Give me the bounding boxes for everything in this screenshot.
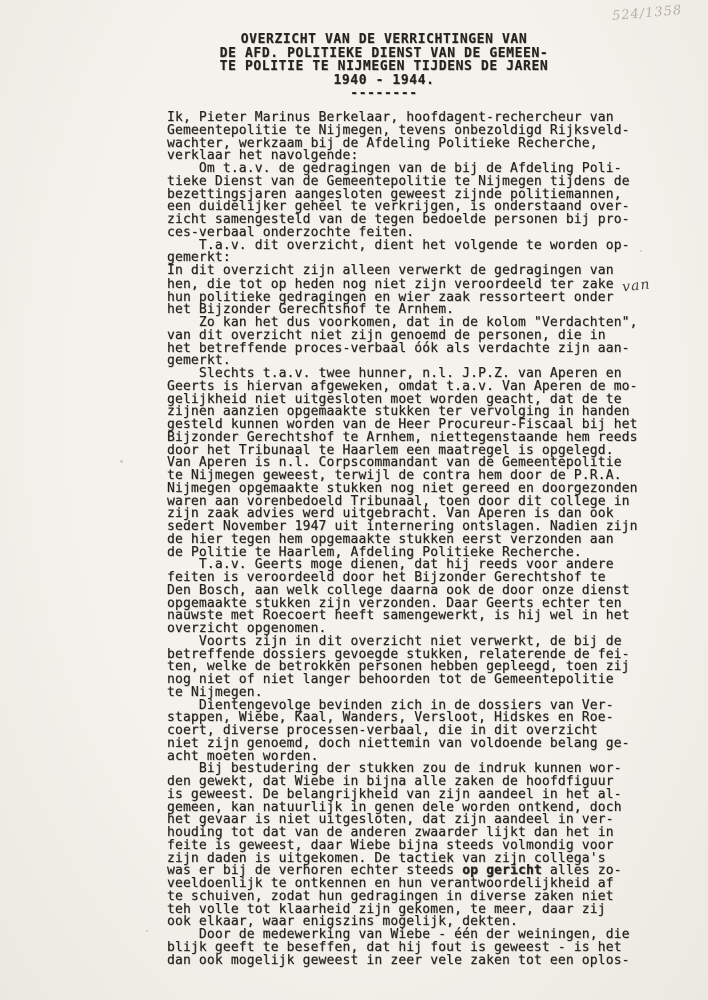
text-segment: In dit overzicht zijn alleen verwerkt de… (167, 263, 614, 278)
handwritten-word: van (621, 278, 650, 294)
paper-speck (640, 250, 642, 252)
text-line: het betreffende proces-verbaal óók als v… (167, 343, 677, 356)
handwritten-page-number: 524/1358 (611, 3, 682, 24)
text-segment: dan ook mogelijk geweest in zeer vele za… (167, 953, 630, 968)
text-line: DE AFD. POLITIEKE DIENST VAN DE GEMEEN- (148, 47, 620, 61)
text-line: T.a.v. dit overzicht, dient het volgende… (167, 240, 677, 253)
text-line: TE POLITIE TE NIJMEGEN TIJDENS DE JAREN (148, 60, 620, 74)
text-segment: -------- (350, 86, 417, 101)
text-line: dan ook mogelijk geweest in zeer vele za… (167, 955, 677, 968)
text-segment: het betreffende proces-verbaal óók als v… (167, 341, 630, 356)
text-line: -------- (148, 87, 620, 101)
document-page: 524/1358 OVERZICHT VAN DE VERRICHTINGEN … (0, 0, 708, 1000)
text-line: 1940 - 1944. (148, 74, 620, 88)
document-title: OVERZICHT VAN DE VERRICHTINGEN VANDE AFD… (148, 33, 620, 101)
text-line: OVERZICHT VAN DE VERRICHTINGEN VAN (148, 33, 620, 47)
document-body: Ik, Pieter Marinus Berkelaar, hoofdagent… (167, 112, 677, 967)
text-segment: T.a.v. dit overzicht, dient het volgende… (167, 238, 630, 253)
paper-speck (120, 460, 123, 463)
paper-speck (146, 930, 148, 932)
